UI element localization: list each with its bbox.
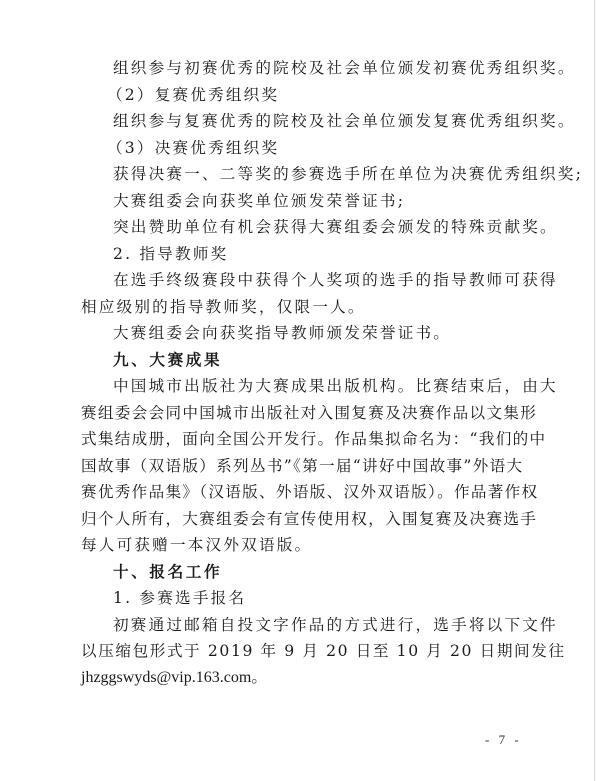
page-number: - 7 - (485, 732, 522, 748)
paragraph-line: 以压缩包形式于 2019 年 9 月 20 日至 10 月 20 日期间发往 (81, 638, 518, 665)
document-body: 组织参与初赛优秀的院校及社会单位颁发初赛优秀组织奖。 （2）复赛优秀组织奖 组织… (81, 55, 518, 691)
paragraph-line: 国故事（双语版）系列丛书”《第一届“讲好中国故事”外语大 (81, 453, 518, 480)
section-heading-results: 九、大赛成果 (81, 347, 518, 374)
paragraph-line: 中国城市出版社为大赛成果出版机构。比赛结束后，由大 (81, 373, 518, 400)
paragraph-line: 赛优秀作品集》（汉语版、外语版、汉外双语版）。作品著作权 (81, 479, 518, 506)
paragraph-line: 归个人所有，大赛组委会有宣传使用权，入围复赛及决赛选手 (81, 506, 518, 533)
subheading-teacher-award: 2. 指导教师奖 (81, 241, 518, 268)
subheading-final-award: （3）决赛优秀组织奖 (81, 135, 518, 162)
paragraph-line: 式集结成册，面向全国公开发行。作品集拟命名为：“我们的中 (81, 426, 518, 453)
paragraph-line: 组织参与初赛优秀的院校及社会单位颁发初赛优秀组织奖。 (81, 55, 518, 82)
subheading-review-award: （2）复赛优秀组织奖 (81, 82, 518, 109)
page-edge-border (594, 0, 595, 781)
paragraph-line: 获得决赛一、二等奖的参赛选手所在单位为决赛优秀组织奖; (81, 161, 518, 188)
paragraph-line: 大赛组委会向获奖指导教师颁发荣誉证书。 (81, 320, 518, 347)
subheading-contestant-registration: 1. 参赛选手报名 (81, 585, 518, 612)
paragraph-line: 初赛通过邮箱自投文字作品的方式进行，选手将以下文件 (81, 612, 518, 639)
paragraph-line: 相应级别的指导教师奖，仅限一人。 (81, 294, 518, 321)
paragraph-line: 突出赞助单位有机会获得大赛组委会颁发的特殊贡献奖。 (81, 214, 518, 241)
section-heading-registration: 十、报名工作 (81, 559, 518, 586)
paragraph-line: 每人可获赠一本汉外双语版。 (81, 532, 518, 559)
paragraph-line: 赛组委会会同中国城市出版社对入围复赛及决赛作品以文集形 (81, 400, 518, 427)
paragraph-line: 在选手终级赛段中获得个人奖项的选手的指导教师可获得 (81, 267, 518, 294)
email-address: jhzggswyds@vip.163.com。 (81, 665, 518, 692)
paragraph-line: 大赛组委会向获奖单位颁发荣誉证书; (81, 188, 518, 215)
paragraph-line: 组织参与复赛优秀的院校及社会单位颁发复赛优秀组织奖。 (81, 108, 518, 135)
